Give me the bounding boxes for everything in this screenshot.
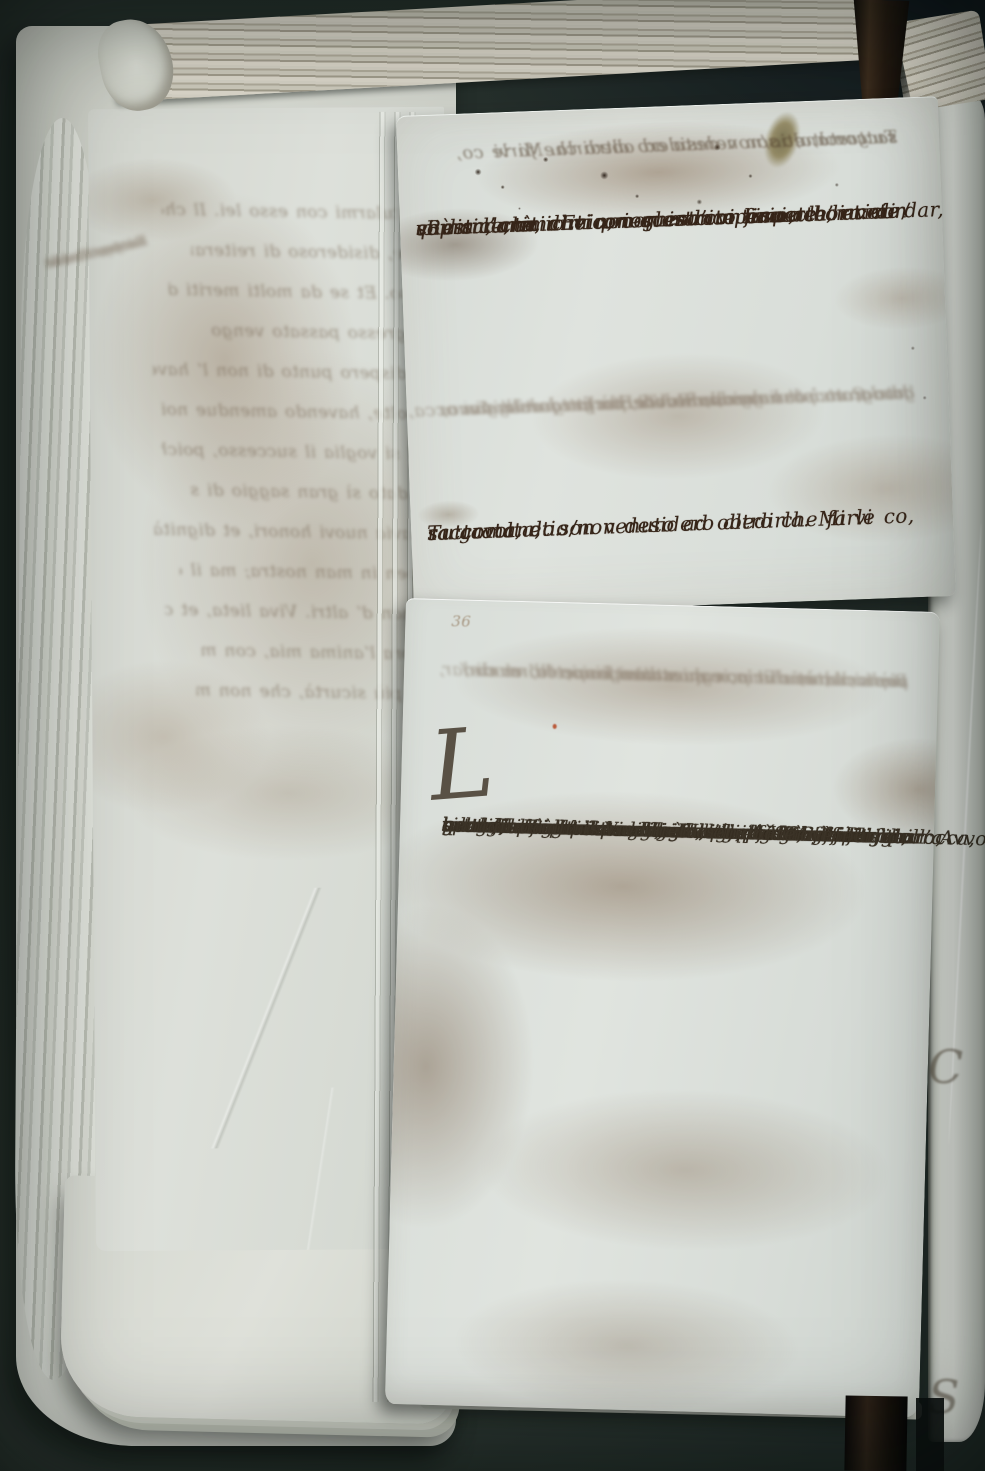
decorated-initial: L [426,714,497,815]
dark-gap-bottom [916,1398,944,1471]
lower-letter-leaf: 36 Resta, che io vi prieghi a continuare… [385,598,940,1418]
gutter-letter-fragment: C [928,1040,980,1094]
folio-number: 36 [451,612,471,631]
upper-letter-leaf: Tuttavolta, io non desidero altro che fa… [396,96,956,616]
letter-line: raccomando. / [427,512,584,549]
bleedthrough-line: raccomando. / [761,123,897,157]
binding-strap-bottom [844,1395,907,1471]
manuscript-photo-stage: gratularmi con esso lei. Il che fo con t… [0,0,985,1471]
